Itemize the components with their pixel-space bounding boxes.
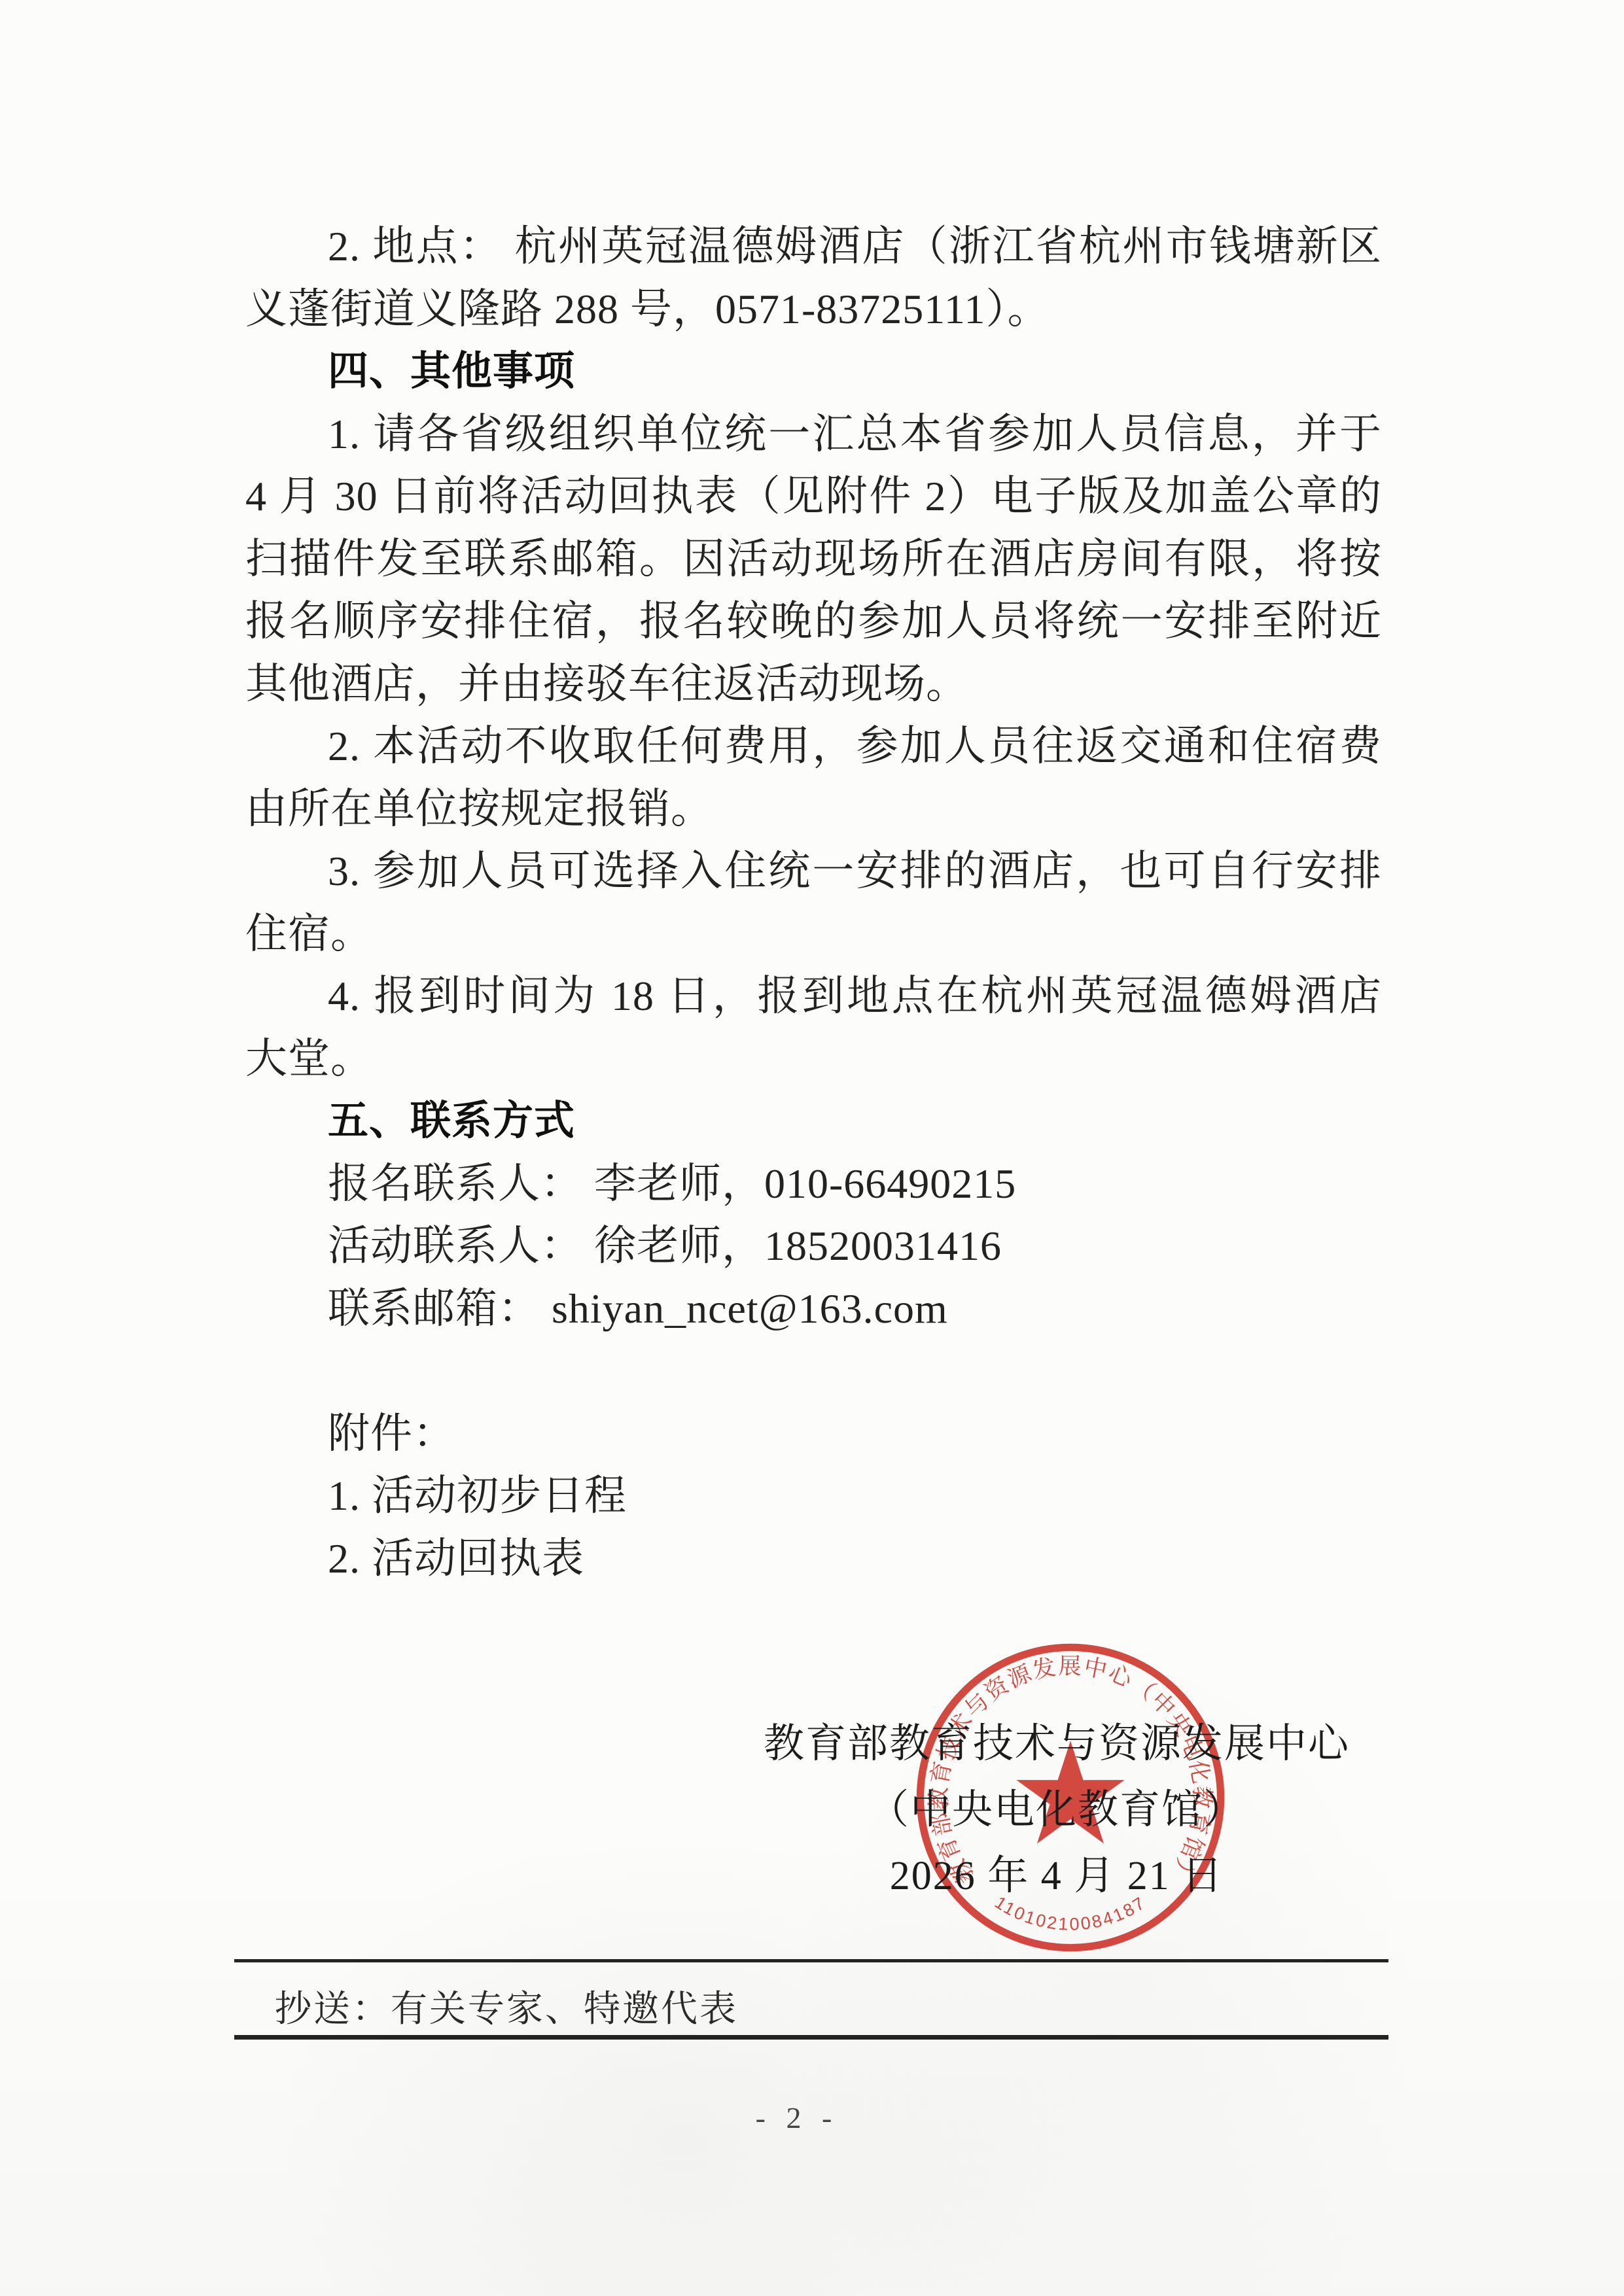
body-line: 四、其他事项 [245,340,1382,403]
body-line: 报名顺序安排住宿，报名较晚的参加人员将统一安排至附近 [245,590,1382,653]
body-line: 住宿。 [245,903,1382,965]
page-number: - 2 - [725,2101,869,2135]
body-line: 附件： [245,1402,1382,1465]
body-line: 扫描件发至联系邮箱。因活动现场所在酒店房间有限，将按 [245,528,1382,591]
signature-block: 教育部教育技术与资源发展中心 （中央电化教育馆） 2026 年 4 月 21 日 [752,1711,1361,1909]
signature-org-line: 教育部教育技术与资源发展中心 [752,1711,1361,1777]
document-page: { "document": { "body_lines": [ {"text":… [0,0,1624,2296]
body-line: 由所在单位按规定报销。 [245,778,1382,841]
body-line: 大堂。 [245,1028,1382,1090]
body-line: 2. 本活动不收取任何费用，参加人员往返交通和住宿费 [245,715,1382,778]
body-line: 2. 活动回执表 [245,1527,1382,1590]
cc-line: 抄送：有关专家、特邀代表 [275,1989,738,2030]
body-line: 五、联系方式 [245,1090,1382,1153]
signature-org-sub-line: （中央电化教育馆） [752,1777,1361,1843]
body-line: 报名联系人： 李老师，010-66490215 [245,1153,1382,1215]
body-line: 联系邮箱： shiyan_ncet@163.com [245,1278,1382,1340]
footer-divider-bottom [234,2035,1388,2040]
body-line: 2. 地点： 杭州英冠温德姆酒店（浙江省杭州市钱塘新区 [245,215,1382,278]
body-line: 3. 参加人员可选择入住统一安排的酒店，也可自行安排 [245,840,1382,903]
body-line: 其他酒店，并由接驳车往返活动现场。 [245,653,1382,716]
body-line: 4. 报到时间为 18 日，报到地点在杭州英冠温德姆酒店 [245,965,1382,1028]
footer-divider-top [234,1959,1388,1962]
signature-date-line: 2026 年 4 月 21 日 [752,1843,1361,1909]
body-line: 1. 活动初步日程 [245,1465,1382,1527]
body-line [245,1340,1382,1402]
body-text-block: 2. 地点： 杭州英冠温德姆酒店（浙江省杭州市钱塘新区义蓬街道义隆路 288 号… [245,215,1382,1590]
body-line: 活动联系人： 徐老师，18520031416 [245,1215,1382,1278]
body-line: 1. 请各省级组织单位统一汇总本省参加人员信息，并于 [245,403,1382,466]
body-line: 4 月 30 日前将活动回执表（见附件 2）电子版及加盖公章的 [245,465,1382,528]
body-line: 义蓬街道义隆路 288 号，0571-83725111）。 [245,278,1382,341]
